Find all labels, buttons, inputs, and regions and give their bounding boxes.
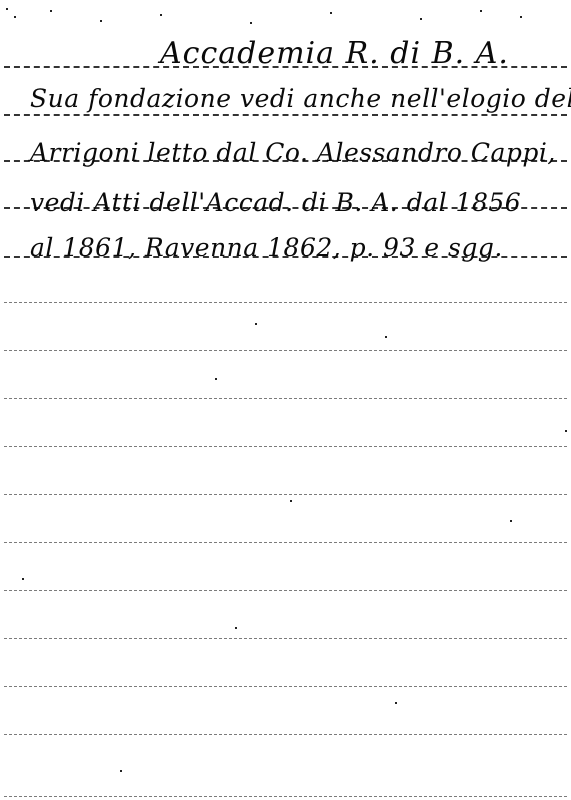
ruled-line [4,350,567,351]
card-heading: Accademia R. di B. A. [160,36,509,71]
text-line-1: Sua fondazione vedi anche nell'elogio de… [30,84,571,113]
ruled-line [4,302,567,303]
ruled-line [4,796,567,797]
ruled-line [4,638,567,639]
ruled-line [4,114,567,116]
ruled-line [4,494,567,495]
ruled-line [4,542,567,543]
ruled-line [4,590,567,591]
ruled-line [4,686,567,687]
catalog-card: Accademia R. di B. A. Sua fondazione ved… [0,0,571,800]
text-line-2: Arrigoni letto dal Co. Alessandro Cappi, [30,138,556,167]
ruled-line [4,734,567,735]
text-line-3: vedi Atti dell'Accad. di B. A. dal 1856 [30,188,521,217]
text-line-4: al 1861, Ravenna 1862, p. 93 e sgg. [30,233,503,262]
ruled-line [4,446,567,447]
ruled-line [4,398,567,399]
